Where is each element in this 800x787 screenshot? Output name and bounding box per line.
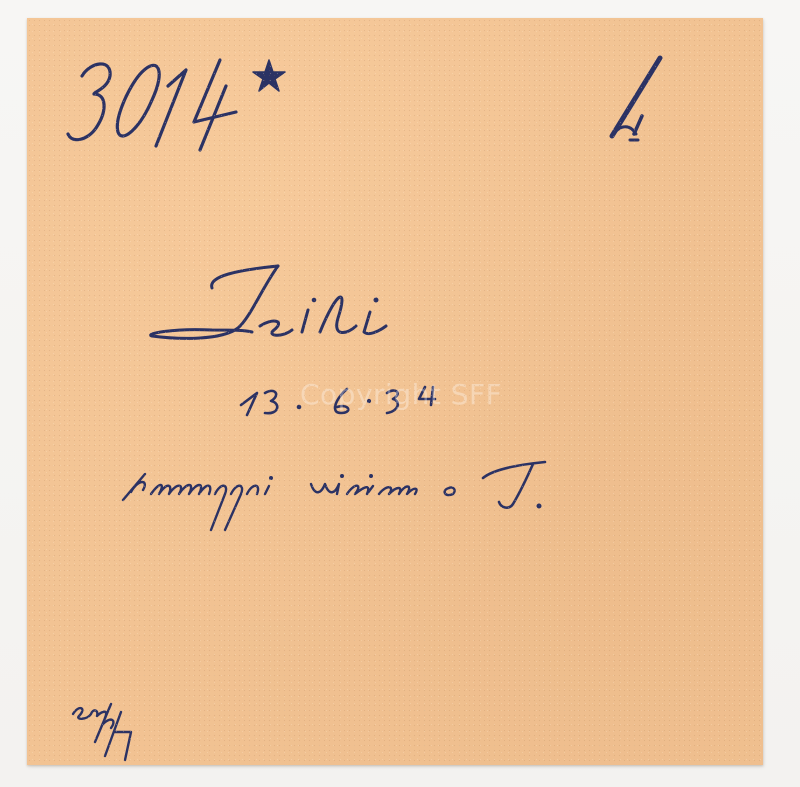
date: 13.6.34 <box>27 18 28 19</box>
description: paesaggio vicino a I. <box>27 18 28 19</box>
catalog-mark: * <box>27 18 28 19</box>
initials: caff <box>27 18 28 19</box>
star-icon <box>249 56 289 96</box>
place-name: Isili <box>27 18 28 19</box>
initials-handwriting <box>67 698 147 778</box>
copyright-watermark: Copyright SFF <box>300 378 502 411</box>
catalog-number: 3014 <box>27 18 28 19</box>
box-letter: L <box>27 18 28 19</box>
photo-stage: 3014 * L Isili <box>0 0 800 787</box>
place-name-handwriting <box>142 248 412 348</box>
description-handwriting <box>115 448 605 538</box>
box-letter-handwriting <box>582 48 672 148</box>
archive-index-card: 3014 * L Isili <box>27 18 763 765</box>
catalog-number-handwriting <box>60 48 260 158</box>
